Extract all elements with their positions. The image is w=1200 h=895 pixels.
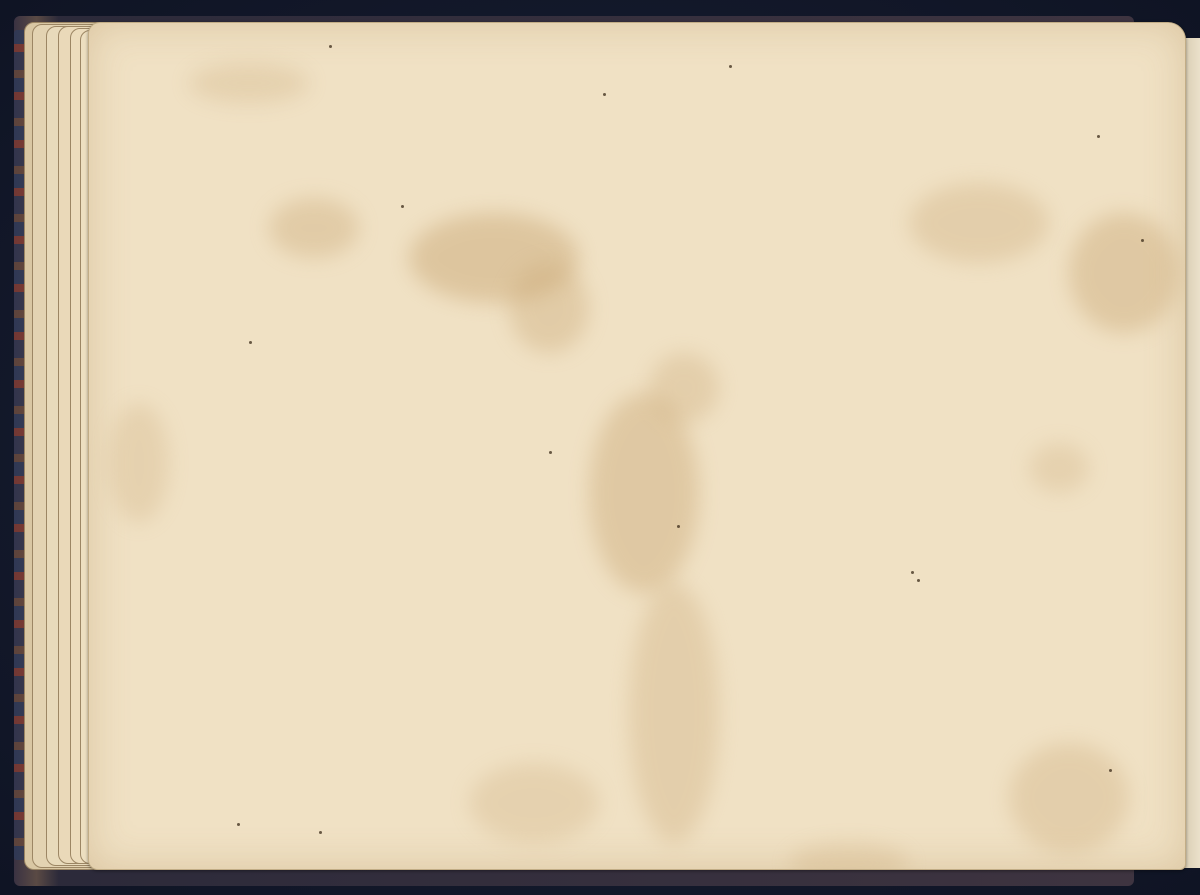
blank-book-page <box>88 22 1186 870</box>
foxing-stain <box>1029 443 1089 493</box>
foxing-stain <box>469 763 599 843</box>
ink-speck <box>401 205 404 208</box>
foxing-stain <box>789 843 909 870</box>
foxing-stain <box>629 583 719 843</box>
ink-speck <box>237 823 240 826</box>
foxing-stain <box>909 183 1049 263</box>
ink-speck <box>729 65 732 68</box>
foxing-stain <box>589 393 699 593</box>
foxing-stain <box>269 198 359 258</box>
ink-speck <box>603 93 606 96</box>
ink-speck <box>249 341 252 344</box>
foxing-stain <box>1069 213 1179 333</box>
ink-speck <box>1141 239 1144 242</box>
foxing-stain <box>649 353 719 423</box>
foxing-stain <box>509 263 589 353</box>
ink-speck <box>329 45 332 48</box>
foxing-stain <box>189 63 309 103</box>
ink-speck <box>917 579 920 582</box>
ink-speck <box>677 525 680 528</box>
ink-speck <box>549 451 552 454</box>
ink-speck <box>319 831 322 834</box>
ink-speck <box>1109 769 1112 772</box>
foxing-stain <box>1009 743 1129 853</box>
ink-speck <box>911 571 914 574</box>
ink-speck <box>1097 135 1100 138</box>
foxing-stain <box>109 403 169 523</box>
